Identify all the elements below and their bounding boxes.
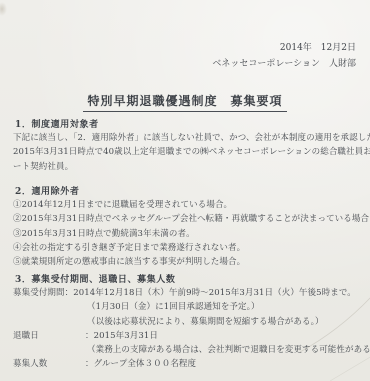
headcount-value: ：グループ全体３００名程度 <box>85 359 196 369</box>
retirement-date-note: （業務上の支障がある場合は、会社判断で退職日を変更する可能性がある。） <box>13 343 370 357</box>
scanned-document-page: 2014年 12月2日 ベネッセコーポレーション 人財部 特別早期退職優遇制度 … <box>0 0 370 381</box>
section-1-line: 2015年3月31日時点で40歳以上定年退職までの㈱ベネッセコーポレーションの総… <box>13 145 370 159</box>
section-1-line: ート契約社員。 <box>13 160 370 174</box>
exclusion-item-4: ④会社の指定する引き継ぎ予定日まで業務遂行されない者。 <box>13 241 369 255</box>
retirement-date-value: ：2015年3月31日 <box>85 331 158 341</box>
application-period-line: 募集受付期間：2014年12月18日（木）午前9時～2015年3月31日（火）午… <box>13 286 370 300</box>
section-1-body: 下記に該当し、「2．適用除外者」に該当しない社員で、かつ、会社が本制度の適用を承… <box>13 131 370 174</box>
retirement-date-label: 退職日 <box>13 329 85 343</box>
application-period-note-2: （以後は応募状況により、募集期間を短縮する場合がある。） <box>13 315 370 329</box>
headcount-label: 募集人数 <box>13 357 85 371</box>
section-1-heading: 1．制度適用対象者 <box>15 117 99 130</box>
section-2-heading: 2．適用除外者 <box>15 184 79 197</box>
document-issuer: ベネッセコーポレーション 人財部 <box>212 56 356 72</box>
exclusion-item-3: ③2015年3月31日時点で勤続満3年未満の者。 <box>13 227 369 241</box>
document-header: 2014年 12月2日 ベネッセコーポレーション 人財部 <box>212 40 356 72</box>
section-2-list: ①2014年12月1日までに退職届を受理されている場合。 ②2015年3月31日… <box>13 198 369 269</box>
document-title: 特別早期退職優遇制度 募集要項 <box>0 92 370 112</box>
document-date: 2014年 12月2日 <box>212 40 356 56</box>
headcount-row: 募集人数：グループ全体３００名程度 <box>13 357 370 371</box>
exclusion-item-5: ⑤就業規則所定の懲戒事由に該当する事実が判明した場合。 <box>13 255 369 269</box>
application-period-note-1: （1月30日（金）に1回目承認通知を予定。） <box>13 300 370 314</box>
section-1-line: 下記に該当し、「2．適用除外者」に該当しない社員で、かつ、会社が本制度の適用を承… <box>13 131 370 145</box>
section-3-body: 募集受付期間：2014年12月18日（木）午前9時～2015年3月31日（火）午… <box>13 286 370 372</box>
retirement-date-row: 退職日：2015年3月31日 <box>13 329 370 343</box>
scan-smudge-artifact <box>0 2 7 16</box>
exclusion-item-1: ①2014年12月1日までに退職届を受理されている場合。 <box>13 198 369 212</box>
section-3-heading: 3．募集受付期間、退職日、募集人数 <box>15 272 175 285</box>
exclusion-item-2: ②2015年3月31日時点でベネッセグループ会社へ転籍・再就職することが決まって… <box>13 212 369 226</box>
